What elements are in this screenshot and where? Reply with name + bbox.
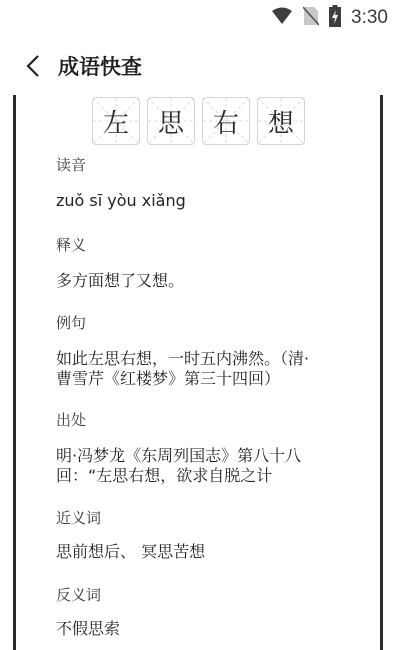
- section-value-line: 回：“左思右想，欲求自脱之计: [56, 466, 356, 486]
- section-label: 释义: [56, 235, 356, 255]
- status-time: 3:30: [351, 7, 388, 29]
- section-pronunciation: 读音 zuǒ sī yòu xiǎng: [56, 155, 356, 211]
- section-value: zuǒ sī yòu xiǎng: [56, 191, 356, 211]
- section-example: 例句 如此左思右想，一时五内沸然。（清· 曹雪芹《红楼梦》第三十四回）: [56, 313, 356, 389]
- section-label: 读音: [56, 155, 356, 175]
- character-tile: 思: [147, 97, 195, 145]
- battery-charging-icon: [329, 5, 341, 31]
- section-value-line: 如此左思右想，一时五内沸然。（清·: [56, 349, 356, 369]
- idiom-character-tiles: 左 思 右 想: [16, 97, 380, 145]
- section-meaning: 释义 多方面想了又想。: [56, 235, 356, 291]
- app-bar: 成语快查: [0, 44, 400, 88]
- character: 左: [103, 103, 129, 140]
- character-tile: 想: [257, 97, 305, 145]
- back-button[interactable]: [18, 51, 48, 81]
- section-source: 出处 明·冯梦龙《东周列国志》第八十八 回：“左思右想，欲求自脱之计: [56, 410, 356, 486]
- section-value: 多方面想了又想。: [56, 271, 356, 291]
- wifi-icon: [271, 7, 293, 29]
- chevron-left-icon: [25, 54, 41, 78]
- section-value: 不假思索: [56, 619, 356, 639]
- character-tile: 左: [92, 97, 140, 145]
- section-value: 思前想后、 冥思苦想: [56, 542, 356, 562]
- idiom-detail-card: 左 思 右 想 读音 zuǒ sī yòu xiǎng 释义 多方面想了又想。 …: [13, 95, 383, 650]
- section-value-line: 明·冯梦龙《东周列国志》第八十八: [56, 446, 356, 466]
- status-bar: 3:30: [0, 0, 400, 36]
- section-label: 例句: [56, 313, 356, 333]
- no-sim-icon: [303, 6, 319, 30]
- character: 思: [158, 103, 184, 140]
- page-title: 成语快查: [58, 51, 142, 81]
- section-label: 近义词: [56, 508, 356, 528]
- character-tile: 右: [202, 97, 250, 145]
- section-value-line: 曹雪芹《红楼梦》第三十四回）: [56, 369, 356, 389]
- character: 想: [268, 103, 294, 140]
- section-antonyms: 反义词 不假思索: [56, 585, 356, 639]
- character: 右: [213, 103, 239, 140]
- section-label: 出处: [56, 410, 356, 430]
- section-label: 反义词: [56, 585, 356, 605]
- section-synonyms: 近义词 思前想后、 冥思苦想: [56, 508, 356, 562]
- status-icons: 3:30: [271, 5, 388, 31]
